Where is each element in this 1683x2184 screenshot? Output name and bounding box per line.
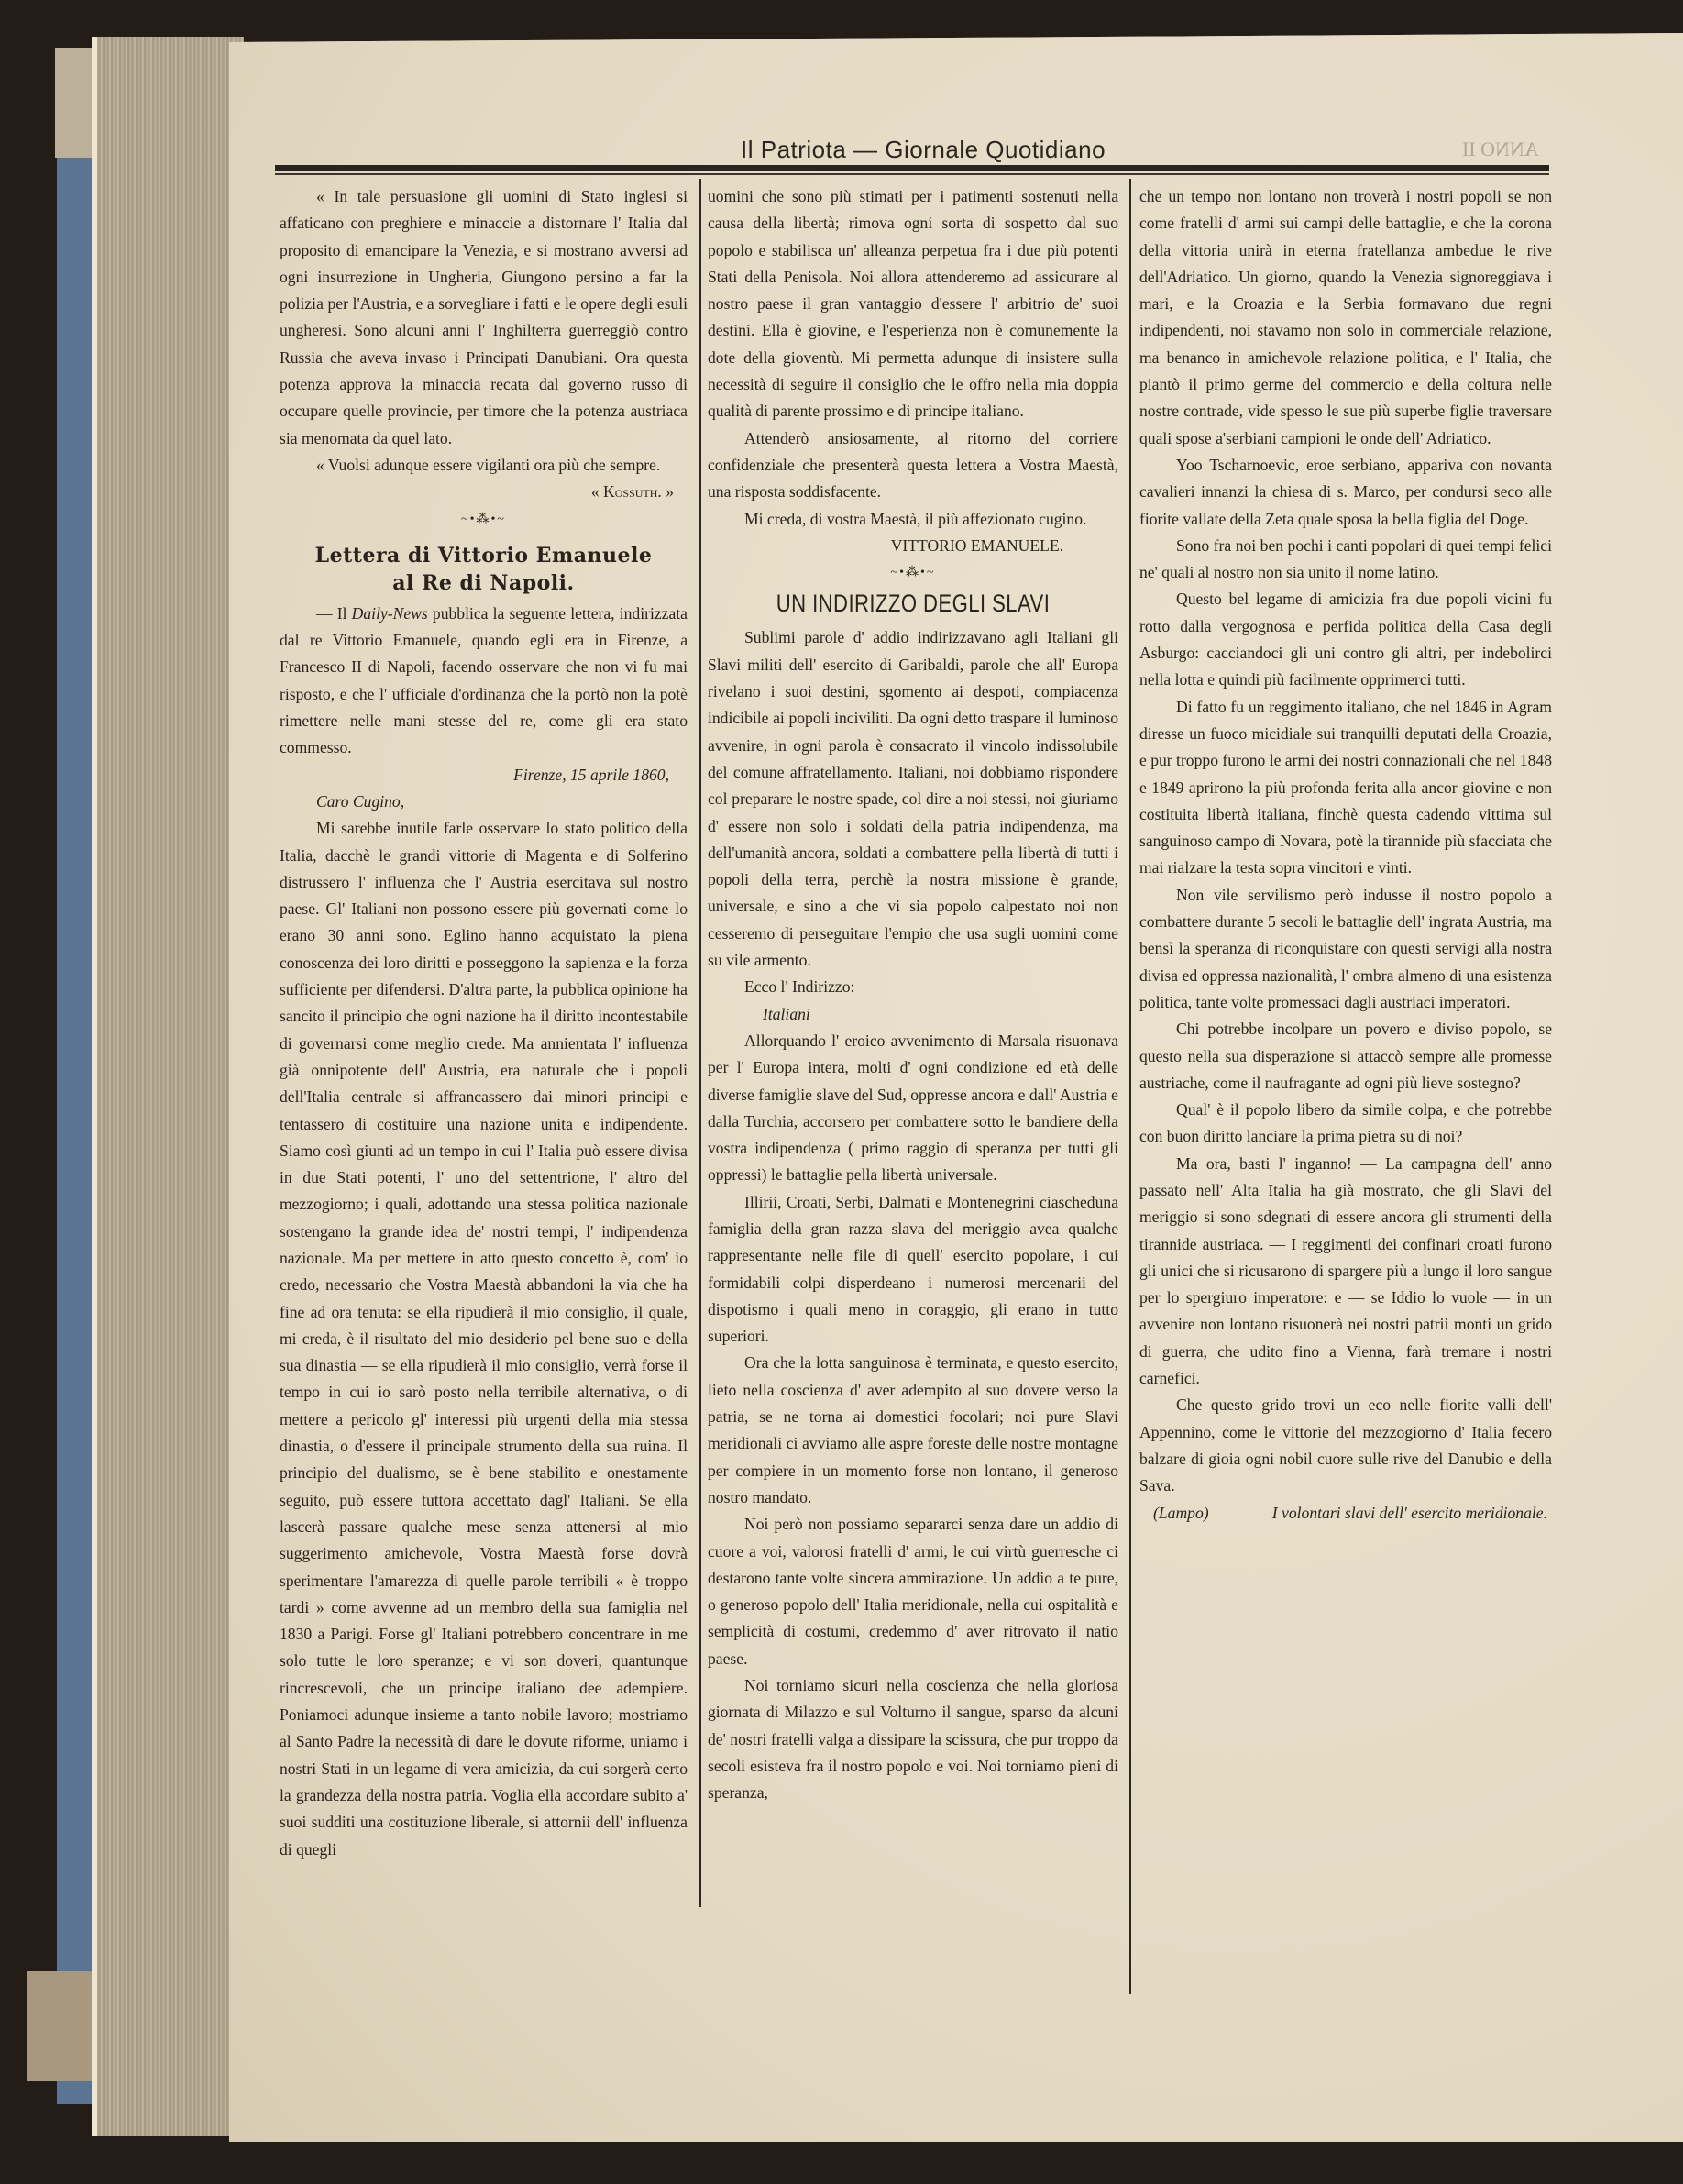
address-paragraph: Che questo grido trovi un eco nelle fior…: [1139, 1392, 1552, 1499]
source-name: Daily-News: [352, 604, 428, 623]
article-headline: UN INDIRIZZO DEGLI SLAVI: [744, 588, 1081, 619]
letter-signature: VITTORIO EMANUELE.: [708, 533, 1118, 559]
bleed-through-text: ANNO II: [1462, 138, 1539, 161]
column-left: « In tale persuasione gli uomini di Stat…: [280, 183, 687, 1863]
intro-text: pubblica la seguente lettera, indirizzat…: [280, 604, 687, 756]
kossuth-signature: « Kossuth. »: [280, 479, 687, 505]
address-paragraph: che un tempo non lontano non troverà i n…: [1139, 183, 1552, 452]
letter-closing: Mi creda, di vostra Maestà, il più affez…: [708, 506, 1118, 533]
article-credit: (Lampo) I volontari slavi dell' esercito…: [1139, 1500, 1552, 1527]
address-paragraph: Noi torniamo sicuri nella coscienza che …: [708, 1672, 1118, 1806]
kossuth-paragraph: « Vuolsi adunque essere vigilanti ora pi…: [280, 452, 687, 479]
article-headline: Lettera di Vittorio Emanuele al Re di Na…: [280, 542, 687, 597]
letter-salutation: Caro Cugino,: [280, 789, 687, 815]
address-paragraph: Chi potrebbe incolpare un povero e divis…: [1139, 1016, 1552, 1097]
letter-closing: Attenderò ansiosamente, al ritorno del c…: [708, 425, 1118, 506]
ecco-line: Ecco l' Indirizzo:: [708, 974, 1118, 1000]
header-rule-thin: [275, 173, 1549, 175]
ornament-divider: ~•⁂•~: [708, 559, 1118, 586]
address-paragraph: Noi però non possiamo separarci senza da…: [708, 1511, 1118, 1672]
column-right: che un tempo non lontano non troverà i n…: [1139, 183, 1552, 1527]
ornament-divider: ~•⁂•~: [280, 506, 687, 533]
book-cover-corner: [27, 1971, 101, 2081]
column-divider: [699, 179, 701, 1907]
address-heading: Italiani: [708, 1001, 1118, 1028]
letter-dateline: Firenze, 15 aprile 1860,: [280, 762, 687, 789]
address-paragraph: Ora che la lotta sanguinosa è terminata,…: [708, 1350, 1118, 1511]
letter-body: Mi sarebbe inutile farle osservare lo st…: [280, 815, 687, 1863]
column-divider: [1129, 179, 1131, 1994]
address-paragraph: Ma ora, basti l' inganno! — La campagna …: [1139, 1151, 1552, 1393]
address-paragraph: Allorquando l' eroico avvenimento di Mar…: [708, 1028, 1118, 1189]
address-paragraph: Questo bel legame di amicizia fra due po…: [1139, 586, 1552, 693]
address-paragraph: Non vile servilismo però indusse il nost…: [1139, 882, 1552, 1016]
kossuth-paragraph: « In tale persuasione gli uomini di Stat…: [280, 183, 687, 452]
column-middle: uomini che sono più stimati per i patime…: [708, 183, 1118, 1807]
credit-source: (Lampo): [1153, 1500, 1209, 1527]
headline-line: al Re di Napoli.: [392, 571, 574, 595]
address-paragraph: Qual' è il popolo libero da simile colpa…: [1139, 1097, 1552, 1151]
headline-line: Lettera di Vittorio Emanuele: [315, 544, 653, 568]
address-paragraph: Illirii, Croati, Serbi, Dalmati e Monten…: [708, 1189, 1118, 1351]
address-paragraph: Di fatto fu un reggimento italiano, che …: [1139, 694, 1552, 882]
page-stack-edge: [92, 37, 244, 2136]
newspaper-title: Il Patriota — Giornale Quotidiano: [741, 136, 1105, 164]
header-rule-thick: [275, 165, 1549, 171]
article-intro: Sublimi parole d' addio indirizzavano ag…: [708, 624, 1118, 974]
address-paragraph: Yoo Tscharnoevic, eroe serbiano, appariv…: [1139, 452, 1552, 533]
credit-signature: I volontari slavi dell' esercito meridio…: [1272, 1500, 1547, 1527]
address-paragraph: Sono fra noi ben pochi i canti popolari …: [1139, 533, 1552, 587]
letter-body-continued: uomini che sono più stimati per i patime…: [708, 183, 1118, 425]
intro-prefix: — Il: [316, 604, 352, 623]
article-intro: — Il Daily-News pubblica la seguente let…: [280, 601, 687, 762]
